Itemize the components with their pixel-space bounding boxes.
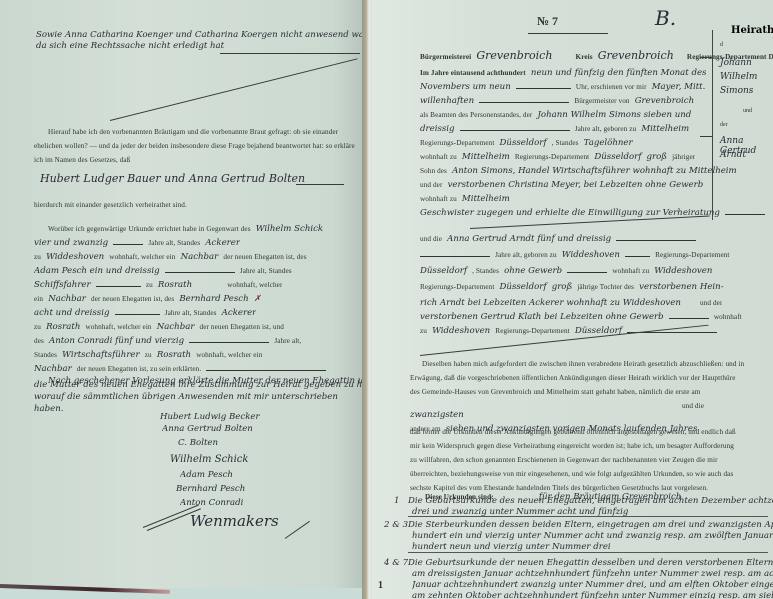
margin-groom-1: Johann bbox=[720, 58, 752, 68]
number-underline bbox=[528, 33, 608, 34]
margin-groom-3: Simons bbox=[720, 86, 753, 96]
question-line-3: ich im Namen des Gesetzes, daß bbox=[34, 156, 130, 164]
question-line-1: Hierauf habe ich den vorbenannten Bräuti… bbox=[48, 128, 338, 136]
closing-line-3: worauf die sämmtlichen übrigen Anwesende… bbox=[34, 392, 338, 402]
top-note-line-2: da sich eine Rechtssache nicht erledigt … bbox=[36, 41, 224, 51]
signature-4: Wilhelm Schick bbox=[170, 454, 248, 465]
entry-number: № 7 bbox=[537, 14, 558, 29]
doc-num-3: 4 & 7 bbox=[384, 558, 408, 568]
bottom-page-mark: 1 bbox=[378, 580, 383, 591]
margin-der: der bbox=[720, 122, 728, 128]
declaration: hierdurch mit einander gesetzlich verhei… bbox=[34, 201, 187, 209]
fill-rule bbox=[220, 53, 360, 54]
signature-6: Bernhard Pesch bbox=[176, 484, 245, 494]
top-note-line-1: Sowie Anna Catharina Koenger und Cathari… bbox=[36, 30, 411, 40]
closing-line-2: die Mutter des neuen Ehegatten ihre Zust… bbox=[34, 380, 386, 390]
cancel-stroke bbox=[110, 58, 358, 121]
signature-7: Anton Conradi bbox=[180, 498, 243, 508]
doc-num-1: 1 bbox=[394, 496, 399, 506]
signature-officer: Wenmakers bbox=[190, 512, 279, 530]
closing-line-4: haben. bbox=[34, 404, 64, 414]
question-line-2: ehelichen wollen? — und da jeder der bei… bbox=[34, 142, 355, 150]
doc-num-2: 2 & 3 bbox=[384, 520, 408, 530]
left-page: Sowie Anna Catharina Koenger und Cathari… bbox=[0, 0, 362, 599]
margin-bride-2: Arndt bbox=[720, 150, 746, 160]
margin-title: Heirath bbox=[731, 25, 773, 36]
witness-block: Worüber ich gegenwärtige Urkunde erricht… bbox=[34, 216, 359, 351]
signature-bride: Anna Gertrud Bolten bbox=[162, 424, 253, 434]
signature-3: C. Bolten bbox=[178, 438, 218, 448]
margin-divider bbox=[712, 30, 713, 220]
page-mark: B. bbox=[655, 6, 676, 30]
signature-groom: Hubert Ludwig Becker bbox=[160, 412, 260, 422]
couple-names: Hubert Ludger Bauer und Anna Gertrud Bol… bbox=[40, 172, 305, 185]
signature-5: Adam Pesch bbox=[180, 470, 233, 480]
book-gutter bbox=[362, 0, 372, 599]
margin-und: und bbox=[743, 108, 752, 114]
fill-rule bbox=[296, 184, 344, 185]
signature-flourish bbox=[285, 521, 310, 539]
open-register-book: Sowie Anna Catharina Koenger und Cathari… bbox=[0, 0, 773, 599]
margin-groom-2: Wilhelm bbox=[720, 72, 757, 82]
